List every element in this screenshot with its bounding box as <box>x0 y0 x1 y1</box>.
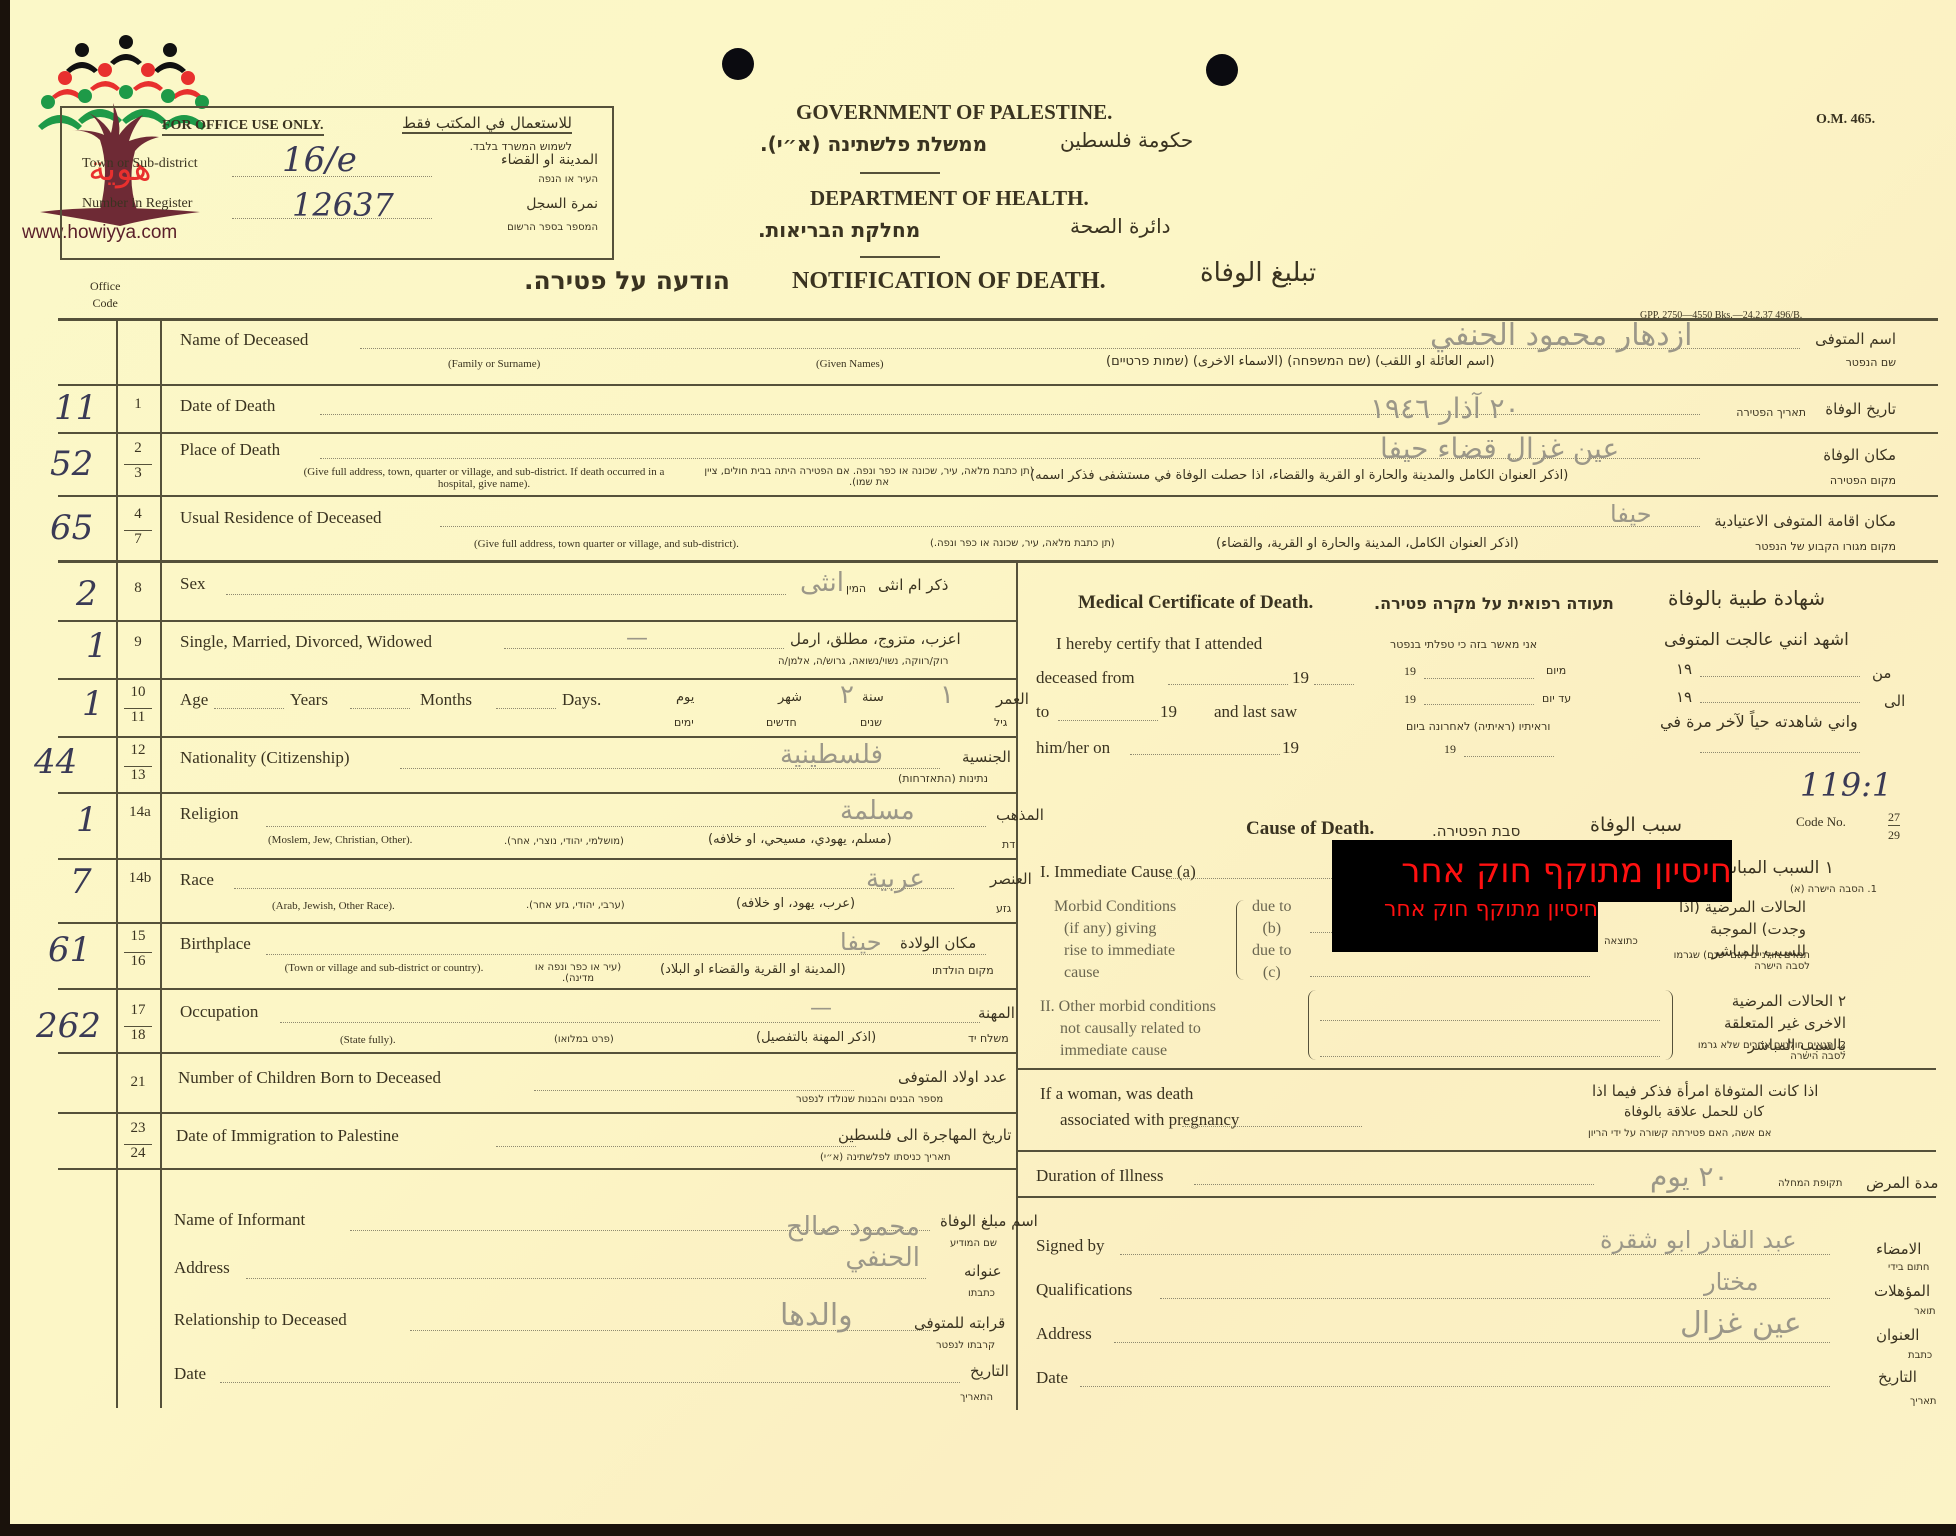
immediate-cause-label: I. Immediate Cause (a) <box>1040 862 1196 882</box>
signature-date-label: Date <box>1036 1368 1068 1388</box>
morbid-conditions-label: Morbid Conditions (if any) giving rise t… <box>1054 896 1176 984</box>
nationality-label: Nationality (Citizenship) <box>180 748 350 768</box>
duration-field[interactable] <box>1194 1184 1594 1185</box>
signer-address-field[interactable] <box>1114 1342 1830 1343</box>
attended-to-field[interactable] <box>1058 720 1158 721</box>
residence-label: Usual Residence of Deceased <box>180 508 382 528</box>
subdistrict-label: Town or Sub-district <box>82 156 198 172</box>
signed-by-label: Signed by <box>1036 1236 1104 1256</box>
pregnancy-field[interactable] <box>1182 1126 1362 1127</box>
informant-date-label: Date <box>174 1364 206 1384</box>
form-title-he: הודעה על פטירה. <box>524 266 730 295</box>
other-conditions-field-2[interactable] <box>1320 1056 1660 1057</box>
attended-to-field-ar[interactable] <box>1700 702 1860 703</box>
last-seen-field[interactable] <box>1130 754 1280 755</box>
relationship-label: Relationship to Deceased <box>174 1310 347 1330</box>
occupation-field[interactable] <box>280 1022 980 1023</box>
marital-status-label: Single, Married, Divorced, Widowed <box>180 632 432 652</box>
office-use-title: FOR OFFICE USE ONLY. <box>162 118 324 136</box>
other-conditions-label: II. Other morbid conditions not causally… <box>1040 996 1216 1062</box>
signer-address-label: Address <box>1036 1324 1092 1344</box>
government-title: GOVERNMENT OF PALESTINE. <box>796 100 1112 125</box>
qualifications-value: مختار <box>1704 1268 1759 1296</box>
duration-label: Duration of Illness <box>1036 1166 1163 1186</box>
age-label: Age <box>180 690 208 710</box>
punch-hole <box>1206 54 1238 86</box>
sex-field[interactable] <box>226 594 786 595</box>
signature-date-field[interactable] <box>1080 1386 1830 1387</box>
attended-from-field[interactable] <box>1168 684 1288 685</box>
deceased-name-value: ازدهار محمود الحنفي <box>1430 318 1692 353</box>
race-field[interactable] <box>234 888 954 889</box>
office-use-box: FOR OFFICE USE ONLY. للاستعمال في المكتب… <box>60 106 614 260</box>
cause-of-death-title: Cause of Death. <box>1246 818 1374 840</box>
pregnancy-label: If a woman, was death <box>1040 1084 1193 1104</box>
attended-from-field-he[interactable] <box>1424 678 1534 679</box>
place-of-death-label: Place of Death <box>180 440 280 460</box>
office-use-title-ar: للاستعمال في المكتب فقط <box>402 114 572 134</box>
qualifications-label: Qualifications <box>1036 1280 1132 1300</box>
name-label: Name of Deceased <box>180 330 308 350</box>
religion-field[interactable] <box>266 826 986 827</box>
other-conditions-field-1[interactable] <box>1320 1020 1660 1021</box>
sex-label: Sex <box>180 574 206 594</box>
form-number: O.M. 465. <box>1816 112 1875 128</box>
attended-to-field-he[interactable] <box>1424 704 1534 705</box>
code-number-value: 119:1 <box>1800 766 1892 804</box>
birthplace-label: Birthplace <box>180 934 251 954</box>
duration-value: ٢٠ يوم <box>1650 1160 1729 1193</box>
signed-by-value: عبد القادر ابو شقرة <box>1600 1226 1797 1254</box>
death-notification-form: هوية www.howiyya.com FOR OFFICE USE ONLY… <box>10 0 1956 1524</box>
last-seen-field-he[interactable] <box>1464 756 1554 757</box>
attended-from-field-ar[interactable] <box>1700 676 1860 677</box>
department-title: DEPARTMENT OF HEALTH. <box>810 186 1089 211</box>
register-label: Number in Register <box>82 196 192 212</box>
relationship-value: والدها <box>780 1298 853 1333</box>
race-label: Race <box>180 870 214 890</box>
subdistrict-value: 16/e <box>282 140 357 180</box>
attended-from-year-field[interactable] <box>1314 684 1354 685</box>
informant-date-field[interactable] <box>220 1382 960 1383</box>
medical-certificate-title: Medical Certificate of Death. <box>1078 592 1313 614</box>
morbid-cause-c-field[interactable] <box>1310 976 1590 977</box>
age-days-field[interactable] <box>496 708 556 709</box>
immigration-date-field[interactable] <box>496 1146 856 1147</box>
signer-address-value: عين غزال <box>1680 1306 1802 1341</box>
informant-address-label: Address <box>174 1258 230 1278</box>
residence-field[interactable] <box>440 526 1700 527</box>
children-count-label: Number of Children Born to Deceased <box>178 1068 441 1088</box>
form-title: NOTIFICATION OF DEATH. <box>792 268 1106 295</box>
punch-hole <box>722 48 754 80</box>
register-value: 12637 <box>292 186 394 224</box>
informant-name-value: محمود صالح الحنفي <box>740 1212 920 1274</box>
age-years-field[interactable] <box>214 708 284 709</box>
qualifications-field[interactable] <box>1160 1298 1830 1299</box>
children-count-field[interactable] <box>534 1090 854 1091</box>
signed-by-field[interactable] <box>1120 1254 1830 1255</box>
date-of-death-label: Date of Death <box>180 396 275 416</box>
occupation-label: Occupation <box>180 1002 258 1022</box>
form-title-ar: تبليغ الوفاة <box>1200 258 1316 288</box>
age-months-field[interactable] <box>350 708 410 709</box>
immigration-date-label: Date of Immigration to Palestine <box>176 1126 399 1146</box>
religion-label: Religion <box>180 804 239 824</box>
informant-address-field[interactable] <box>246 1278 926 1279</box>
informant-name-label: Name of Informant <box>174 1210 305 1230</box>
office-code-label: Office Code <box>90 278 120 312</box>
last-seen-field-ar[interactable] <box>1700 752 1860 753</box>
redaction-banner-secondary: חיסיון מתוקף חוק אחר <box>1332 892 1598 952</box>
